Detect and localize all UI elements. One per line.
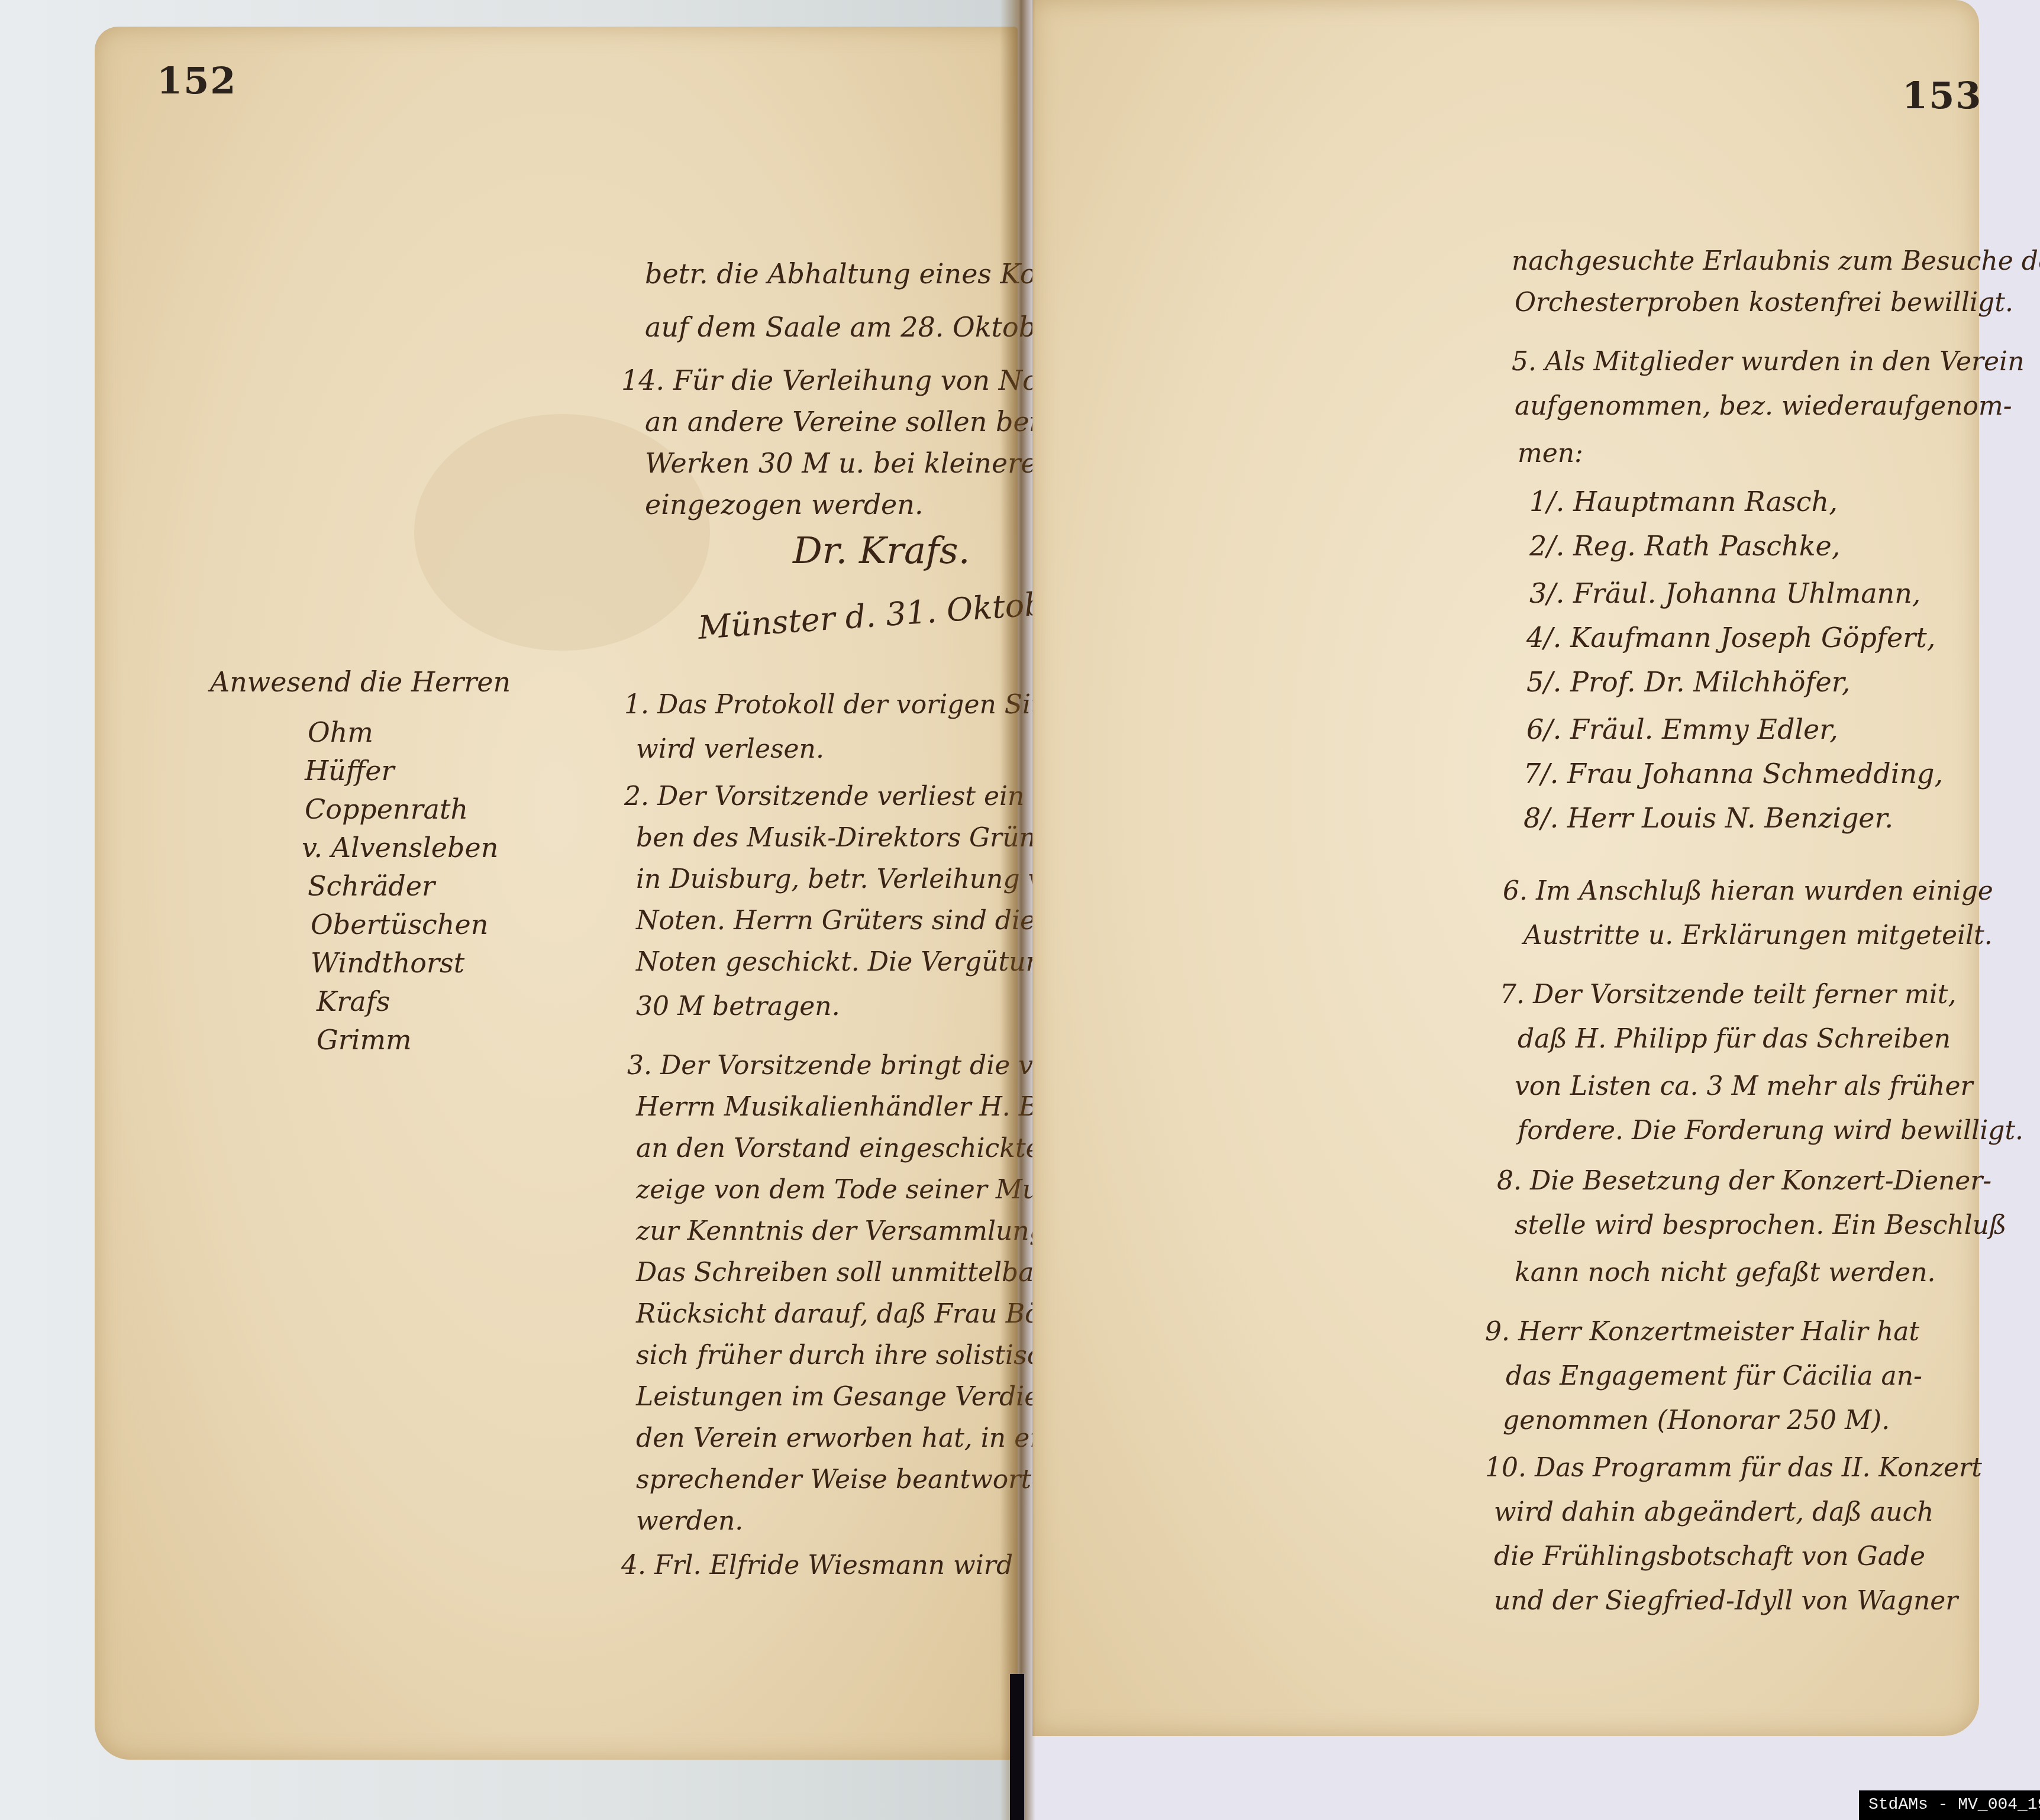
attendance-title: Anwesend die Herren <box>210 668 511 696</box>
minutes-item-7-line: daß H. Philipp für das Schreiben <box>1518 1026 1951 1052</box>
minutes-item-5-line: aufgenommen, bez. wiederaufgenom- <box>1515 393 2012 419</box>
minutes-item-8-line: kann noch nicht gefaßt werden. <box>1515 1260 1935 1286</box>
minutes-item-2-line: Noten. Herrn Grüters sind die <box>636 908 1035 934</box>
new-member: 7/. Frau Johanna Schmedding, <box>1523 760 1943 787</box>
spine-gap <box>1010 1674 1024 1820</box>
minutes-item-3-line: werden. <box>636 1508 743 1534</box>
minutes-item-7-line: von Listen ca. 3 M mehr als früher <box>1515 1074 1973 1100</box>
attendee-name: Windthorst <box>311 949 464 977</box>
minutes-item-9-line: das Engagement für Cäcilia an- <box>1506 1363 1922 1389</box>
page-number-left: 152 <box>157 59 237 102</box>
new-member: 5/. Prof. Dr. Milchhöfer, <box>1526 668 1850 696</box>
new-member: 8/. Herr Louis N. Benziger. <box>1523 804 1893 832</box>
minutes-item-4-line: 4. Frl. Elfride Wiesmann wird <box>621 1553 1013 1579</box>
minutes-item-9-line: 9. Herr Konzertmeister Halir hat <box>1485 1319 1919 1345</box>
minutes-item-10-line: 10. Das Programm für das II. Konzert <box>1485 1455 1982 1481</box>
signature: Dr. Krafs. <box>793 532 970 569</box>
new-member: 1/. Hauptmann Rasch, <box>1529 488 1838 515</box>
new-member: 6/. Fräul. Emmy Edler, <box>1526 716 1838 743</box>
attendee-name: Coppenrath <box>305 796 468 823</box>
book-spine <box>1000 0 1035 1820</box>
minutes-item-8-line: stelle wird besprochen. Ein Beschluß <box>1515 1213 2006 1239</box>
minutes-item-10-line: wird dahin abgeändert, daß auch <box>1494 1499 1934 1525</box>
new-member: 4/. Kaufmann Joseph Göpfert, <box>1526 624 1935 651</box>
minutes-item-3-line: sprechender Weise beantwortet <box>636 1467 1057 1493</box>
minutes-item-1-line: wird verlesen. <box>636 736 824 762</box>
minutes-item-10-line: und der Siegfried-Idyll von Wagner <box>1494 1588 1958 1614</box>
minutes-item-3-line: zur Kenntnis der Versammlung. <box>636 1218 1054 1244</box>
attendee-name: Hüffer <box>305 757 395 784</box>
new-member: 2/. Reg. Rath Paschke, <box>1529 532 1840 560</box>
minutes-item-7-line: fordere. Die Forderung wird bewilligt. <box>1518 1118 2023 1144</box>
attendee-name: Grimm <box>317 1026 412 1053</box>
minutes-item-2-line: 30 M betragen. <box>636 994 840 1020</box>
attendee-name: Krafs <box>317 988 390 1015</box>
minutes-item-5-line: men: <box>1518 441 1583 467</box>
continued-line: Orchesterproben kostenfrei bewilligt. <box>1515 290 2013 316</box>
attendee-name: v. Alvensleben <box>302 834 498 861</box>
minutes-item-8-line: 8. Die Besetzung der Konzert-Diener- <box>1497 1168 1991 1194</box>
attendee-name: Ohm <box>308 719 373 746</box>
continued-line: nachgesuchte Erlaubnis zum Besuche der <box>1512 248 2040 274</box>
minutes-item-6-line: 6. Im Anschluß hieran wurden einige <box>1503 878 1993 904</box>
page-number-right: 153 <box>1902 74 1982 117</box>
continued-line: eingezogen werden. <box>645 491 924 518</box>
minutes-item-10-line: die Frühlingsbotschaft von Gade <box>1494 1544 1925 1570</box>
archive-label: StdAMs - MV_004_197 <box>1859 1790 2040 1820</box>
new-member: 3/. Fräul. Johanna Uhlmann, <box>1529 580 1920 607</box>
minutes-item-9-line: genommen (Honorar 250 M). <box>1503 1408 1890 1434</box>
attendee-name: Obertüschen <box>311 911 488 938</box>
minutes-item-6-line: Austritte u. Erklärungen mitgeteilt. <box>1523 923 1993 949</box>
minutes-item-7-line: 7. Der Vorsitzende teilt ferner mit, <box>1500 982 1956 1008</box>
minutes-item-5-line: 5. Als Mitglieder wurden in den Verein <box>1512 349 2025 375</box>
attendee-name: Schräder <box>308 872 435 900</box>
